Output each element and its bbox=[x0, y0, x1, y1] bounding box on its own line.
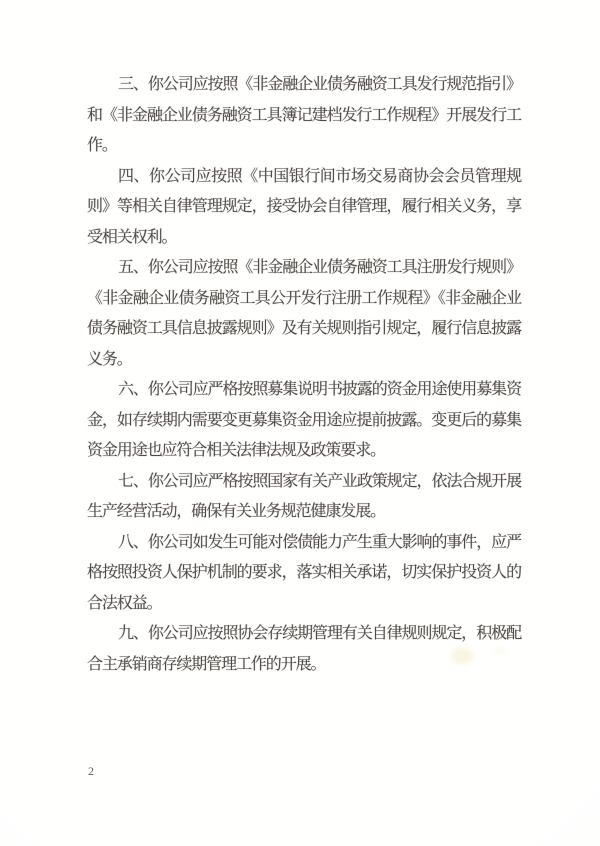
paragraph: 七、你公司应严格按照国家有关产业政策规定，依法合规开展生产经营活动，确保有关业务… bbox=[87, 467, 521, 528]
paragraph: 五、你公司应按照《非金融企业债务融资工具注册发行规则》《非金融企业债务融资工具公… bbox=[87, 253, 521, 375]
document-body: 三、你公司应按照《非金融企业债务融资工具发行规范指引》和《非金融企业债务融资工具… bbox=[87, 70, 521, 680]
paragraph: 九、你公司应按照协会存续期管理有关自律规则规定，积极配合主承销商存续期管理工作的… bbox=[87, 619, 521, 680]
page-number: 2 bbox=[88, 764, 94, 779]
paragraph: 三、你公司应按照《非金融企业债务融资工具发行规范指引》和《非金融企业债务融资工具… bbox=[87, 70, 521, 162]
scanned-document-page: 三、你公司应按照《非金融企业债务融资工具发行规范指引》和《非金融企业债务融资工具… bbox=[0, 0, 600, 846]
paragraph: 四、你公司应按照《中国银行间市场交易商协会会员管理规则》等相关自律管理规定，接受… bbox=[87, 162, 521, 254]
paragraph: 六、你公司应严格按照募集说明书披露的资金用途使用募集资金，如存续期内需要变更募集… bbox=[87, 375, 521, 467]
paragraph: 八、你公司如发生可能对偿债能力产生重大影响的事件，应严格按照投资人保护机制的要求… bbox=[87, 528, 521, 620]
